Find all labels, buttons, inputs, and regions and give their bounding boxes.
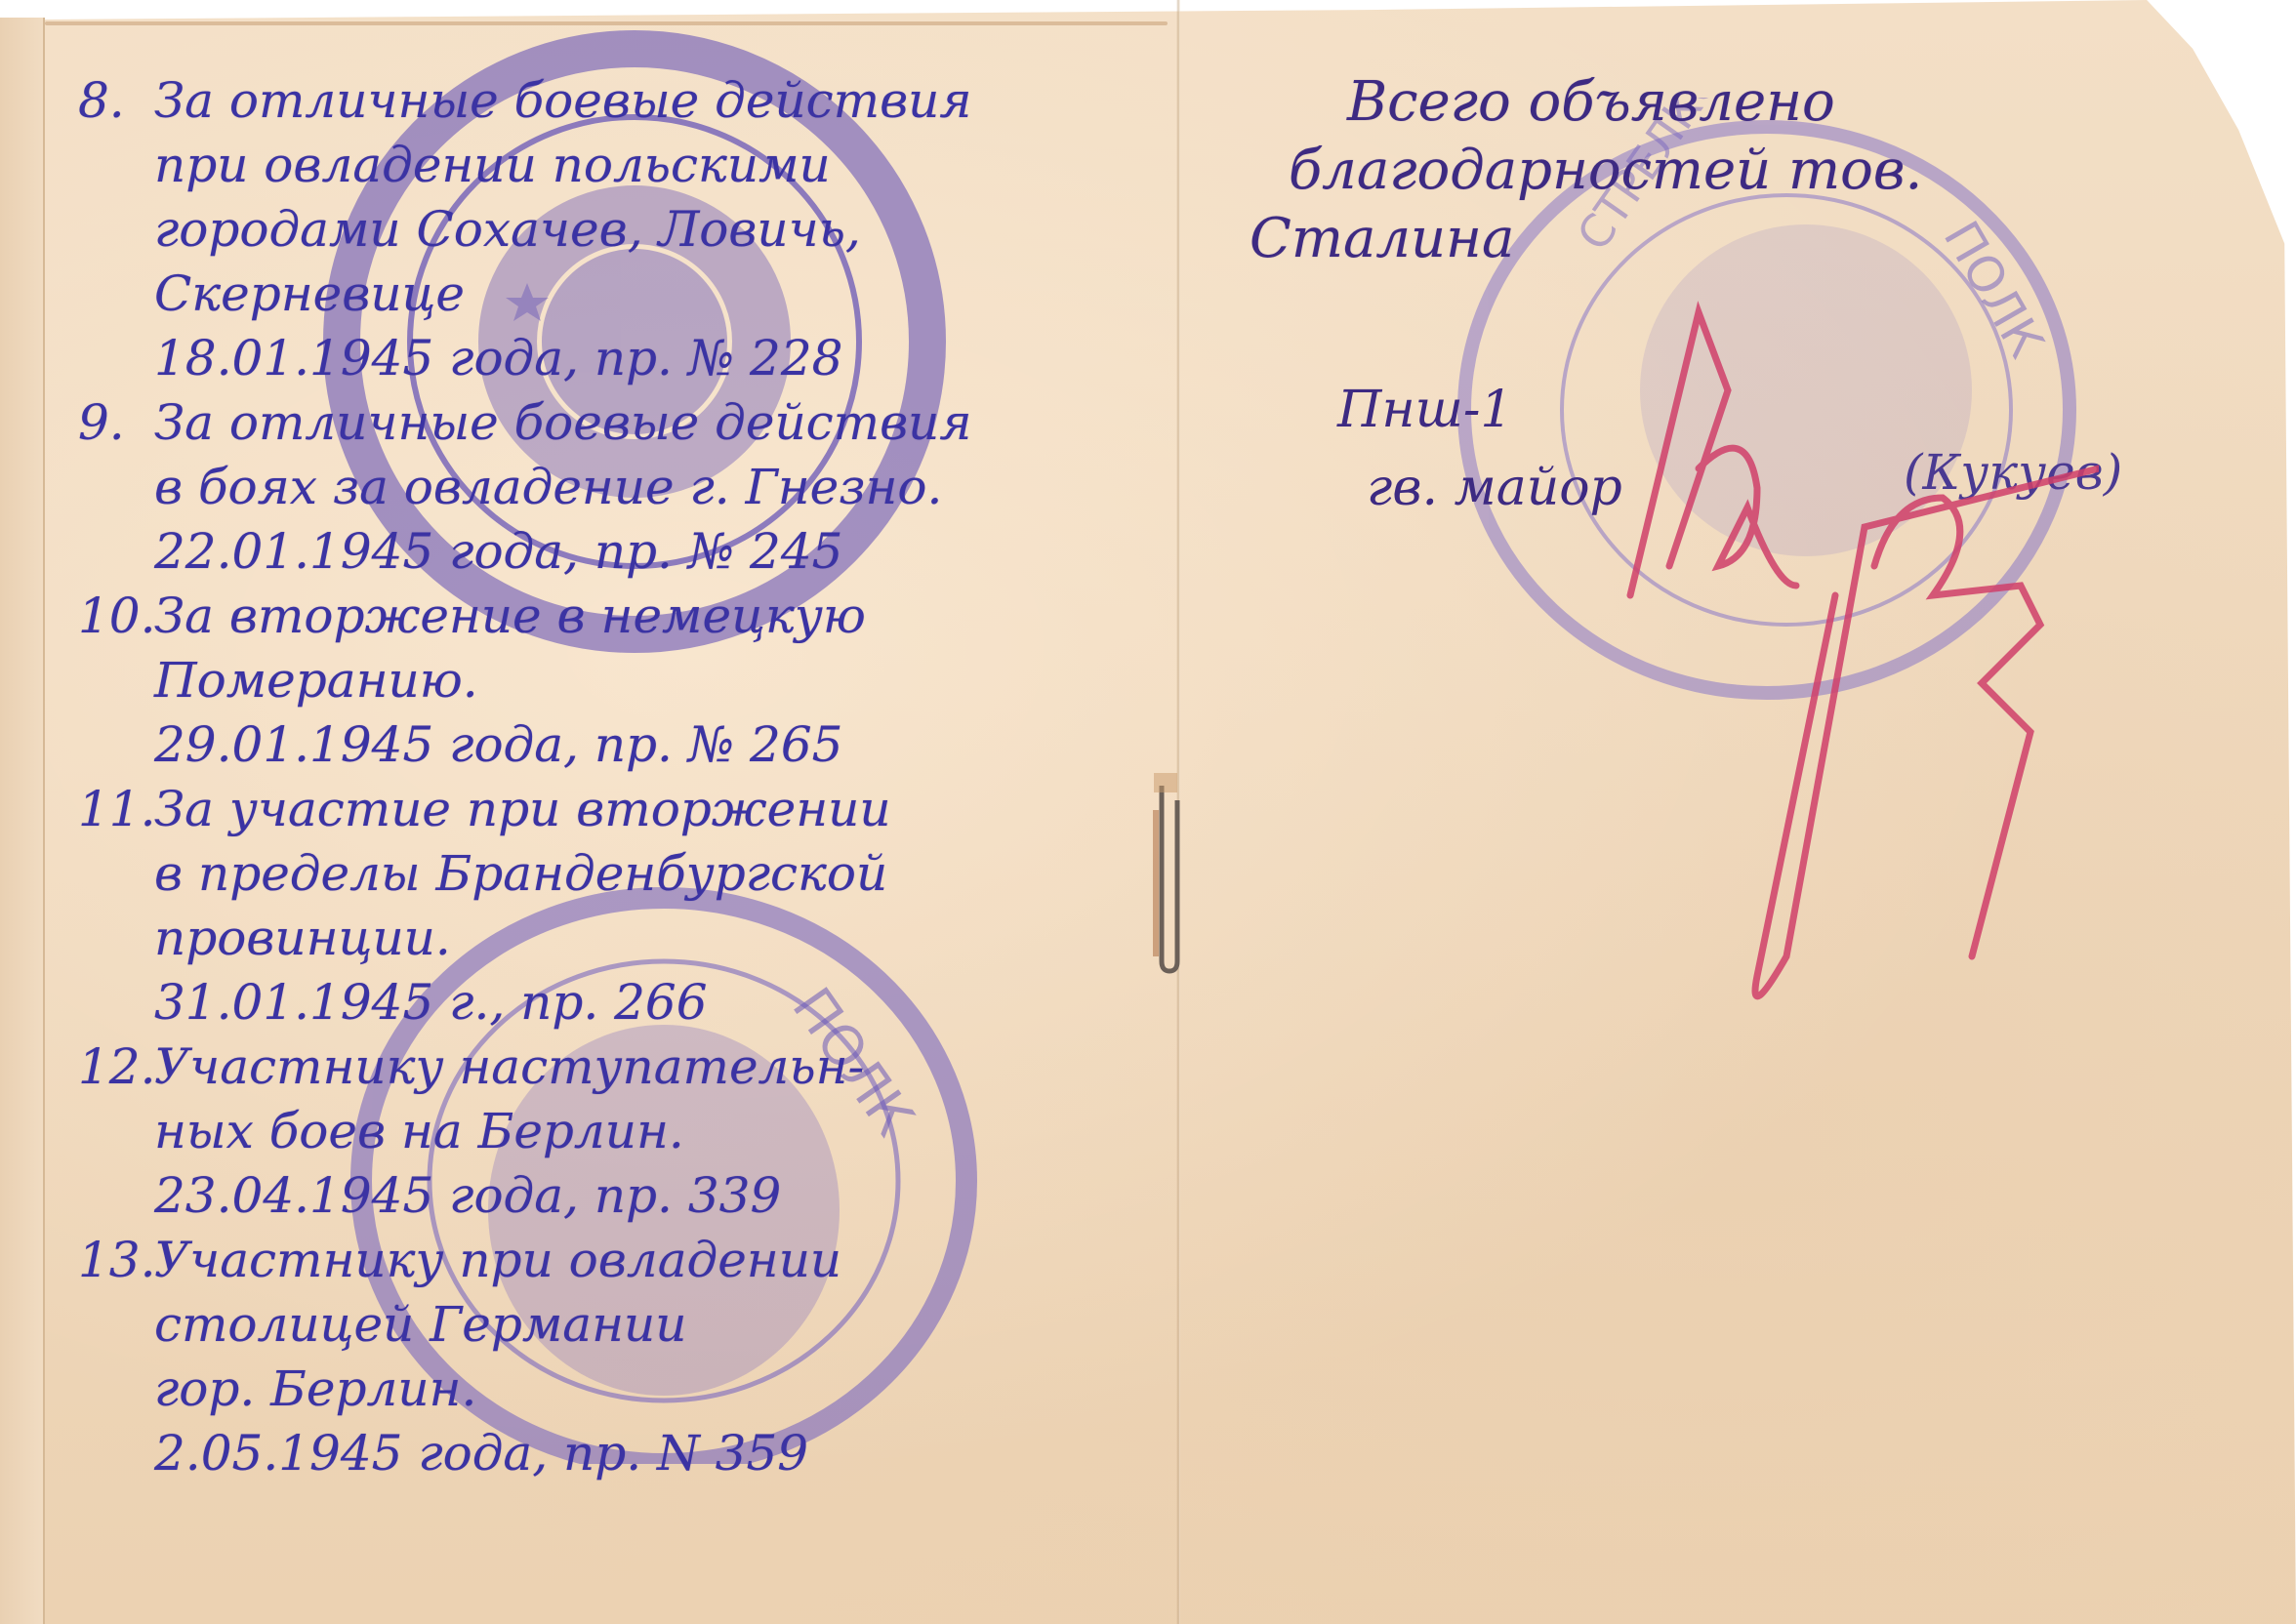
entry-text: Участнику при овладении [154,1232,841,1288]
summary-line-1: Всего объявлено [1250,68,2226,137]
signature-block: Пнш-1 гв. майор [1337,371,1622,527]
commendation-entry: 8.За отличные боевые действияпри овладен… [78,68,1171,390]
entry-line: при овладении польскими [78,133,1171,197]
entry-number: 13. [78,1228,154,1292]
entry-line: 18.01.1945 года, пр. № 228 [78,326,1171,390]
commendation-entry: 12.Участнику наступательн-ных боев на Бе… [78,1035,1171,1228]
entry-text: За участие при вторжении [154,781,891,837]
entry-line: гор. Берлин. [78,1357,1171,1421]
entry-line: 31.01.1945 г., пр. 266 [78,970,1171,1035]
commendation-entry: 11.За участие при вторжениив пределы Бра… [78,777,1171,1035]
entry-line: 2.05.1945 года, пр. N 359 [78,1421,1171,1485]
commendation-entry: 9.За отличные боевые действияв боях за о… [78,390,1171,584]
commendation-entry: 13.Участнику при овладениистолицей Герма… [78,1228,1171,1485]
entry-first-line: 10.За вторжение в немецкую [78,584,1171,648]
entry-first-line: 11.За участие при вторжении [78,777,1171,841]
entry-number: 8. [78,68,154,133]
commendation-entry: 10.За вторжение в немецкуюПомеранию.29.0… [78,584,1171,777]
folded-cover-edge [0,18,45,1624]
page-top-edge [45,21,1168,25]
entry-line: городами Сохачев, Ловичь, [78,197,1171,262]
entry-line: Скерневице [78,262,1171,326]
entry-first-line: 12.Участнику наступательн- [78,1035,1171,1099]
entry-number: 10. [78,584,154,648]
entry-first-line: 13.Участнику при овладении [78,1228,1171,1292]
entry-line: 23.04.1945 года, пр. 339 [78,1163,1171,1228]
entry-text: Участнику наступательн- [154,1038,864,1095]
entry-line: в пределы Бранденбургской [78,841,1171,906]
thanks-summary: Всего объявлено благодарностей тов. Стал… [1250,68,2226,273]
entry-line: 22.01.1945 года, пр. № 245 [78,519,1171,584]
entry-line: ных боев на Берлин. [78,1099,1171,1163]
entry-line: Померанию. [78,648,1171,712]
entry-text: За отличные боевые действия [154,394,971,451]
entry-first-line: 8.За отличные боевые действия [78,68,1171,133]
entry-text: За вторжение в немецкую [154,588,866,644]
handwritten-signature [1611,273,2099,1015]
entry-number: 12. [78,1035,154,1099]
signatory-position: Пнш-1 [1337,371,1622,449]
summary-line-3: Сталина [1250,205,2226,273]
entry-line: провинции. [78,906,1171,970]
commendation-list: 8.За отличные боевые действияпри овладен… [78,68,1171,1485]
entry-text: За отличные боевые действия [154,72,971,129]
entry-line: 29.01.1945 года, пр. № 265 [78,712,1171,777]
entry-line: столицей Германии [78,1292,1171,1357]
summary-line-2: благодарностей тов. [1250,137,2226,205]
staple-icon [1140,751,1189,976]
signatory-rank: гв. майор [1337,449,1622,527]
entry-first-line: 9.За отличные боевые действия [78,390,1171,455]
entry-number: 11. [78,777,154,841]
entry-line: в боях за овладение г. Гнезно. [78,455,1171,519]
entry-number: 9. [78,390,154,455]
